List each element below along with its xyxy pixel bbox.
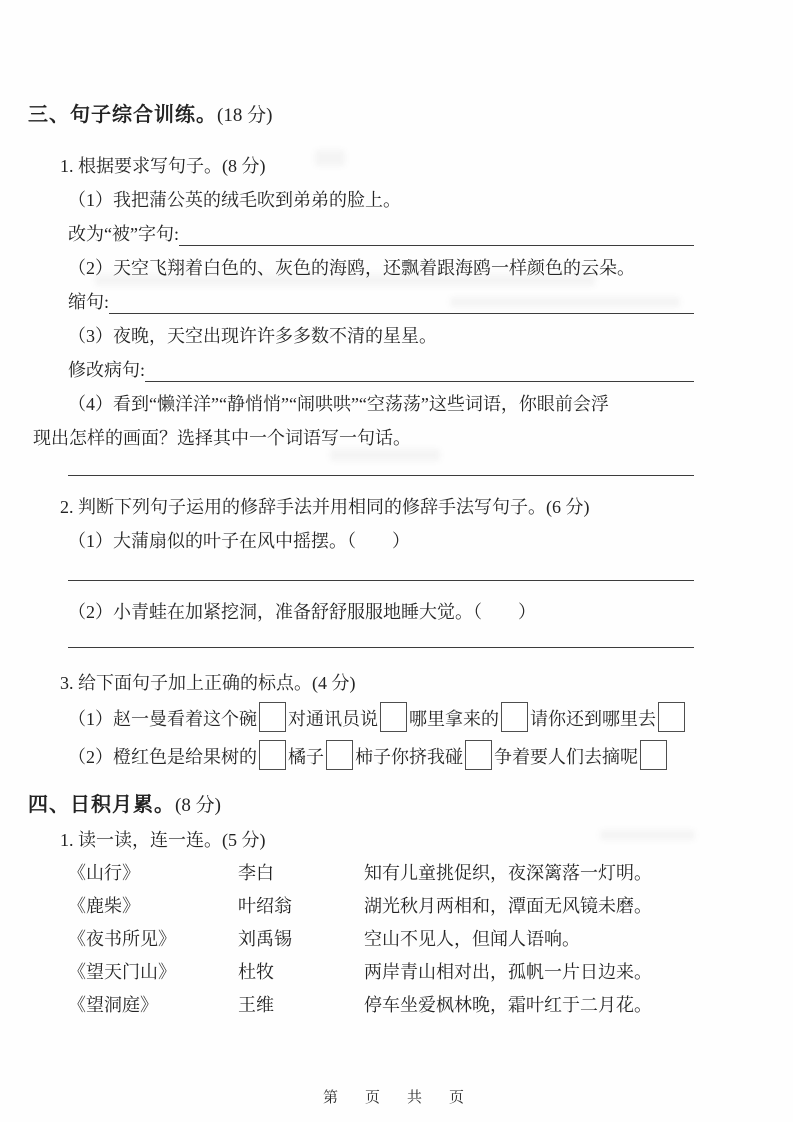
- section4-title: 日积月累。: [70, 794, 175, 816]
- q3-item1-segment: 对通讯员说: [288, 709, 378, 729]
- q1-item1-answer-row: 改为“被”字句:: [68, 217, 694, 251]
- q1-item3-sentence: （3）夜晚，天空出现许许多多数不清的星星。: [68, 319, 694, 353]
- section3-number: 三、: [28, 104, 70, 126]
- q3-item2-segment: （2）橙红色是给果树的: [68, 747, 257, 767]
- poem-verse[interactable]: 停车坐爱枫林晚，霜叶红于二月花。: [364, 989, 694, 1022]
- poem-poet[interactable]: 王维: [238, 989, 364, 1022]
- q3-item2-segment: 争着要人们去摘呢: [494, 747, 638, 767]
- poem-title[interactable]: 《山行》: [68, 857, 238, 890]
- match-row: 《望天门山》 杜牧 两岸青山相对出，孤帆一片日边来。: [68, 956, 694, 989]
- q1-item4-sentence-line1: （4）看到“懒洋洋”“静悄悄”“闹哄哄”“空荡荡”这些词语，你眼前会浮: [68, 387, 694, 421]
- punctuation-box[interactable]: [465, 740, 492, 770]
- match-row: 《山行》 李白 知有儿童挑促织，夜深篱落一灯明。: [68, 857, 694, 890]
- answer-blank-line[interactable]: [145, 353, 694, 382]
- q1-item3-answer-row: 修改病句:: [68, 353, 694, 387]
- punctuation-box[interactable]: [501, 702, 528, 732]
- q3-stem: 3. 给下面句子加上正确的标点。(4 分): [60, 666, 694, 700]
- poem-title[interactable]: 《鹿柴》: [68, 890, 238, 923]
- poem-poet[interactable]: 叶绍翁: [238, 890, 364, 923]
- punctuation-box[interactable]: [658, 702, 685, 732]
- poem-title[interactable]: 《望天门山》: [68, 956, 238, 989]
- page-footer: 第 页 共 页: [0, 1086, 793, 1107]
- poem-title[interactable]: 《夜书所见》: [68, 923, 238, 956]
- q3-item2-segment: 橘子: [288, 747, 324, 767]
- poem-verse[interactable]: 空山不见人，但闻人语响。: [364, 923, 694, 956]
- match-row: 《鹿柴》 叶绍翁 湖光秋月两相和，潭面无风镜未磨。: [68, 890, 694, 923]
- section3-title: 句子综合训练。: [70, 104, 217, 126]
- q3-item2-segment: 柿子你挤我碰: [355, 747, 463, 767]
- q4-stem: 1. 读一读，连一连。(5 分): [60, 823, 694, 857]
- q1-stem: 1. 根据要求写句子。(8 分): [60, 149, 694, 183]
- poem-verse[interactable]: 知有儿童挑促织，夜深篱落一灯明。: [364, 857, 694, 890]
- section3-heading: 三、句子综合训练。(18 分): [28, 98, 694, 133]
- test-paper-page: 三、句子综合训练。(18 分) 1. 根据要求写句子。(8 分) （1）我把蒲公…: [0, 0, 793, 1122]
- punctuation-box[interactable]: [259, 702, 286, 732]
- match-row: 《夜书所见》 刘禹锡 空山不见人，但闻人语响。: [68, 923, 694, 956]
- poem-poet[interactable]: 杜牧: [238, 956, 364, 989]
- q3-item1-segment: 哪里拿来的: [409, 709, 499, 729]
- q3-item1-segment: （1）赵一曼看着这个碗: [68, 709, 257, 729]
- answer-blank-line[interactable]: [68, 455, 694, 476]
- punctuation-box[interactable]: [326, 740, 353, 770]
- section4-score: (8 分): [175, 795, 221, 816]
- q1-item3-prompt: 修改病句:: [68, 353, 145, 387]
- q1-item2-prompt: 缩句:: [68, 285, 109, 319]
- q1-item2-sentence: （2）天空飞翔着白色的、灰色的海鸥，还飘着跟海鸥一样颜色的云朵。: [68, 251, 694, 285]
- answer-blank-line[interactable]: [68, 558, 694, 581]
- q1-item2-answer-row: 缩句:: [68, 285, 694, 319]
- poem-title[interactable]: 《望洞庭》: [68, 989, 238, 1022]
- paper-content: 三、句子综合训练。(18 分) 1. 根据要求写句子。(8 分) （1）我把蒲公…: [28, 98, 694, 1022]
- poem-verse[interactable]: 两岸青山相对出，孤帆一片日边来。: [364, 956, 694, 989]
- poem-verse[interactable]: 湖光秋月两相和，潭面无风镜未磨。: [364, 890, 694, 923]
- punctuation-box[interactable]: [259, 740, 286, 770]
- q1-item1-prompt: 改为“被”字句:: [68, 217, 179, 251]
- q2-item2-sentence: （2）小青蛙在加紧挖洞，准备舒舒服服地睡大觉。（ ）: [68, 595, 694, 629]
- q2-stem: 2. 判断下列句子运用的修辞手法并用相同的修辞手法写句子。(6 分): [60, 490, 694, 524]
- q3-item1-segment: 请你还到哪里去: [530, 709, 656, 729]
- q3-item2-row: （2）橙红色是给果树的橘子柿子你挤我碰争着要人们去摘呢: [68, 738, 694, 776]
- section4-number: 四、: [28, 794, 70, 816]
- q3-item1-row: （1）赵一曼看着这个碗对通讯员说哪里拿来的请你还到哪里去: [68, 700, 694, 738]
- punctuation-box[interactable]: [380, 702, 407, 732]
- punctuation-box[interactable]: [640, 740, 667, 770]
- poem-poet[interactable]: 李白: [238, 857, 364, 890]
- poem-poet[interactable]: 刘禹锡: [238, 923, 364, 956]
- q2-item1-sentence: （1）大蒲扇似的叶子在风中摇摆。（ ）: [68, 524, 694, 558]
- q1-item4-sentence-line2: 现出怎样的画面？选择其中一个词语写一句话。: [33, 421, 694, 455]
- answer-blank-line[interactable]: [68, 629, 694, 648]
- match-row: 《望洞庭》 王维 停车坐爱枫林晚，霜叶红于二月花。: [68, 989, 694, 1022]
- section4-heading: 四、日积月累。(8 分): [28, 788, 694, 823]
- answer-blank-line[interactable]: [179, 217, 694, 246]
- q1-item1-sentence: （1）我把蒲公英的绒毛吹到弟弟的脸上。: [68, 183, 694, 217]
- answer-blank-line[interactable]: [109, 285, 694, 314]
- section3-score: (18 分): [217, 105, 272, 126]
